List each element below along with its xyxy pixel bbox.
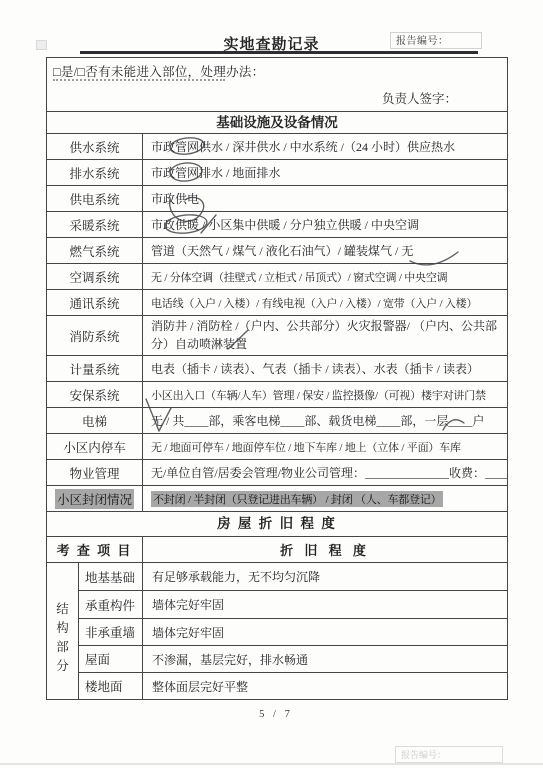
row-label: 采暖系统 bbox=[47, 212, 143, 237]
structure-group-label: 结构部分 bbox=[56, 600, 70, 676]
table-row: 屋面不渗漏，基层完好，排水畅通 bbox=[79, 646, 507, 673]
page-number: 5 / 7 bbox=[46, 709, 506, 720]
row-content: 市政供电 bbox=[143, 186, 507, 211]
row-label: 电梯 bbox=[47, 408, 143, 433]
header-rule bbox=[80, 51, 478, 54]
next-page-edge-line bbox=[0, 763, 543, 765]
access-checkbox-line[interactable]: □是/□否有未能进入部位，处理办法： bbox=[53, 62, 501, 80]
row-content: 消防井 / 消防栓 /（户内、公共部分）火灾报警器/ （户内、公共部分）自动喷淋… bbox=[143, 316, 507, 355]
signature-label: 负责人签字： bbox=[382, 89, 457, 107]
row-label: 供电系统 bbox=[47, 186, 143, 211]
row-label: 空调系统 bbox=[47, 264, 143, 289]
depreciation-body: 结构部分 地基基础有足够承载能力，无不均匀沉降 承重构件墙体完好牢固 非承重墙墙… bbox=[47, 563, 507, 699]
table-row: 安保系统小区出入口（车辆/人车）管理 / 保安 / 监控摄像/（可视）楼宇对讲门… bbox=[47, 382, 507, 408]
row-content: 不封闭 / 半封闭（只登记进出车辆） / 封闭 （人、车都登记） bbox=[143, 486, 507, 511]
table-row: 供电系统市政供电 bbox=[47, 186, 507, 212]
facilities-section-header: 基础设施及设备情况 bbox=[47, 112, 507, 134]
depreciation-degree-header: 折 旧 程 度 bbox=[143, 537, 507, 562]
table-row: 供水系统市政管网供水 / 深井供水 / 中水系统 /（24 小时）供应热水 bbox=[47, 134, 507, 160]
table-row: 消防系统消防井 / 消防栓 /（户内、公共部分）火灾报警器/ （户内、公共部分）… bbox=[47, 316, 507, 356]
table-row: 楼地面整体面层完好平整 bbox=[79, 673, 507, 699]
row-label: 燃气系统 bbox=[47, 238, 143, 263]
row-label: 物业管理 bbox=[47, 460, 143, 485]
report-number-field: 报告编号： bbox=[390, 32, 482, 49]
survey-table: □是/□否有未能进入部位，处理办法： 负责人签字： 基础设施及设备情况 供水系统… bbox=[46, 57, 508, 700]
table-row: 承重构件墙体完好牢固 bbox=[79, 591, 507, 619]
highlight-marker: 不封闭 / 半封闭（只登记进出车辆） / 封闭 （人、车都登记） bbox=[151, 491, 443, 507]
table-row: 电梯无 / 共____部，乘客电梯____部、载货电梯____部，一层____户 bbox=[47, 408, 507, 434]
inspection-item-header: 考 查 项 目 bbox=[47, 537, 143, 562]
fill-in-dotted-line bbox=[53, 79, 225, 81]
row-content: 无 / 共____部，乘客电梯____部、载货电梯____部，一层____户 bbox=[143, 408, 507, 433]
depreciation-section-header: 房 屋 折 旧 程 度 bbox=[47, 512, 507, 537]
row-label: 消防系统 bbox=[47, 316, 143, 355]
row-content: 有足够承载能力，无不均匀沉降 bbox=[143, 563, 507, 590]
row-content: 市政管网排水 / 地面排水 bbox=[143, 160, 507, 185]
row-label: 承重构件 bbox=[79, 591, 143, 618]
row-label: 地基基础 bbox=[79, 563, 143, 590]
row-content: 无 / 地面可停车 / 地面停车位 / 地下车库 / 地上（立体 / 平面）车库 bbox=[143, 434, 507, 459]
table-row: 非承重墙墙体完好牢固 bbox=[79, 619, 507, 646]
row-content: 墙体完好牢固 bbox=[143, 619, 507, 645]
row-content: 整体面层完好平整 bbox=[143, 673, 507, 699]
table-row: 采暖系统市政供暖 / 小区集中供暖 / 分户独立供暖 / 中央空调 bbox=[47, 212, 507, 238]
row-label: 计量系统 bbox=[47, 356, 143, 381]
row-content: 电话线（入户 / 入楼）/ 有线电视（入户 / 入楼）/ 宽带（入户 / 入楼） bbox=[143, 290, 507, 315]
table-row: 物业管理无/单位自管/居委会管理/物业公司管理：______________收费… bbox=[47, 460, 507, 486]
row-content: 墙体完好牢固 bbox=[143, 591, 507, 618]
row-content: 无 / 分体空调（挂壁式 / 立柜式 / 吊顶式）/ 窗式空调 / 中央空调 bbox=[143, 264, 507, 289]
scanned-document-page: 实地查勘记录 报告编号： □是/□否有未能进入部位，处理办法： 负责人签字： 基… bbox=[0, 0, 543, 768]
row-label: 非承重墙 bbox=[79, 619, 143, 645]
row-content: 管道（天然气 / 煤气 / 液化石油气）/ 罐装煤气 / 无 bbox=[143, 238, 507, 263]
row-label: 屋面 bbox=[79, 646, 143, 672]
row-label: 排水系统 bbox=[47, 160, 143, 185]
row-content: 市政供暖 / 小区集中供暖 / 分户独立供暖 / 中央空调 bbox=[143, 212, 507, 237]
row-label: 小区内停车 bbox=[47, 434, 143, 459]
row-content: 无/单位自管/居委会管理/物业公司管理：______________收费：___… bbox=[143, 460, 507, 485]
table-row: 通讯系统电话线（入户 / 入楼）/ 有线电视（入户 / 入楼）/ 宽带（入户 /… bbox=[47, 290, 507, 316]
row-content: 市政管网供水 / 深井供水 / 中水系统 /（24 小时）供应热水 bbox=[143, 134, 507, 159]
row-label: 供水系统 bbox=[47, 134, 143, 159]
row-content: 不渗漏，基层完好，排水畅通 bbox=[143, 646, 507, 672]
table-row: 小区内停车无 / 地面可停车 / 地面停车位 / 地下车库 / 地上（立体 / … bbox=[47, 434, 507, 460]
row-label: 楼地面 bbox=[79, 673, 143, 699]
row-content: 小区出入口（车辆/人车）管理 / 保安 / 监控摄像/（可视）楼宇对讲门禁 bbox=[143, 382, 507, 407]
depreciation-header-row: 考 查 项 目 折 旧 程 度 bbox=[47, 537, 507, 563]
table-row: 燃气系统管道（天然气 / 煤气 / 液化石油气）/ 罐装煤气 / 无 bbox=[47, 238, 507, 264]
row-label: 安保系统 bbox=[47, 382, 143, 407]
table-row: 空调系统无 / 分体空调（挂壁式 / 立柜式 / 吊顶式）/ 窗式空调 / 中央… bbox=[47, 264, 507, 290]
table-row: 排水系统市政管网排水 / 地面排水 bbox=[47, 160, 507, 186]
next-page-report-number-field: 报告编号： bbox=[395, 746, 503, 763]
table-row: 地基基础有足够承载能力，无不均匀沉降 bbox=[79, 563, 507, 591]
table-row: 计量系统电表（插卡 / 读表）、气表（插卡 / 读表）、水表（插卡 / 读表） bbox=[47, 356, 507, 382]
access-notice-cell: □是/□否有未能进入部位，处理办法： 负责人签字： bbox=[47, 58, 507, 112]
row-label: 通讯系统 bbox=[47, 290, 143, 315]
highlight-marker: 小区封闭情况 bbox=[55, 489, 134, 509]
table-row-highlighted: 小区封闭情况不封闭 / 半封闭（只登记进出车辆） / 封闭 （人、车都登记） bbox=[47, 486, 507, 512]
row-label: 小区封闭情况 bbox=[47, 486, 143, 511]
row-content: 电表（插卡 / 读表）、气表（插卡 / 读表）、水表（插卡 / 读表） bbox=[143, 356, 507, 381]
structure-group-cell: 结构部分 bbox=[47, 563, 79, 699]
